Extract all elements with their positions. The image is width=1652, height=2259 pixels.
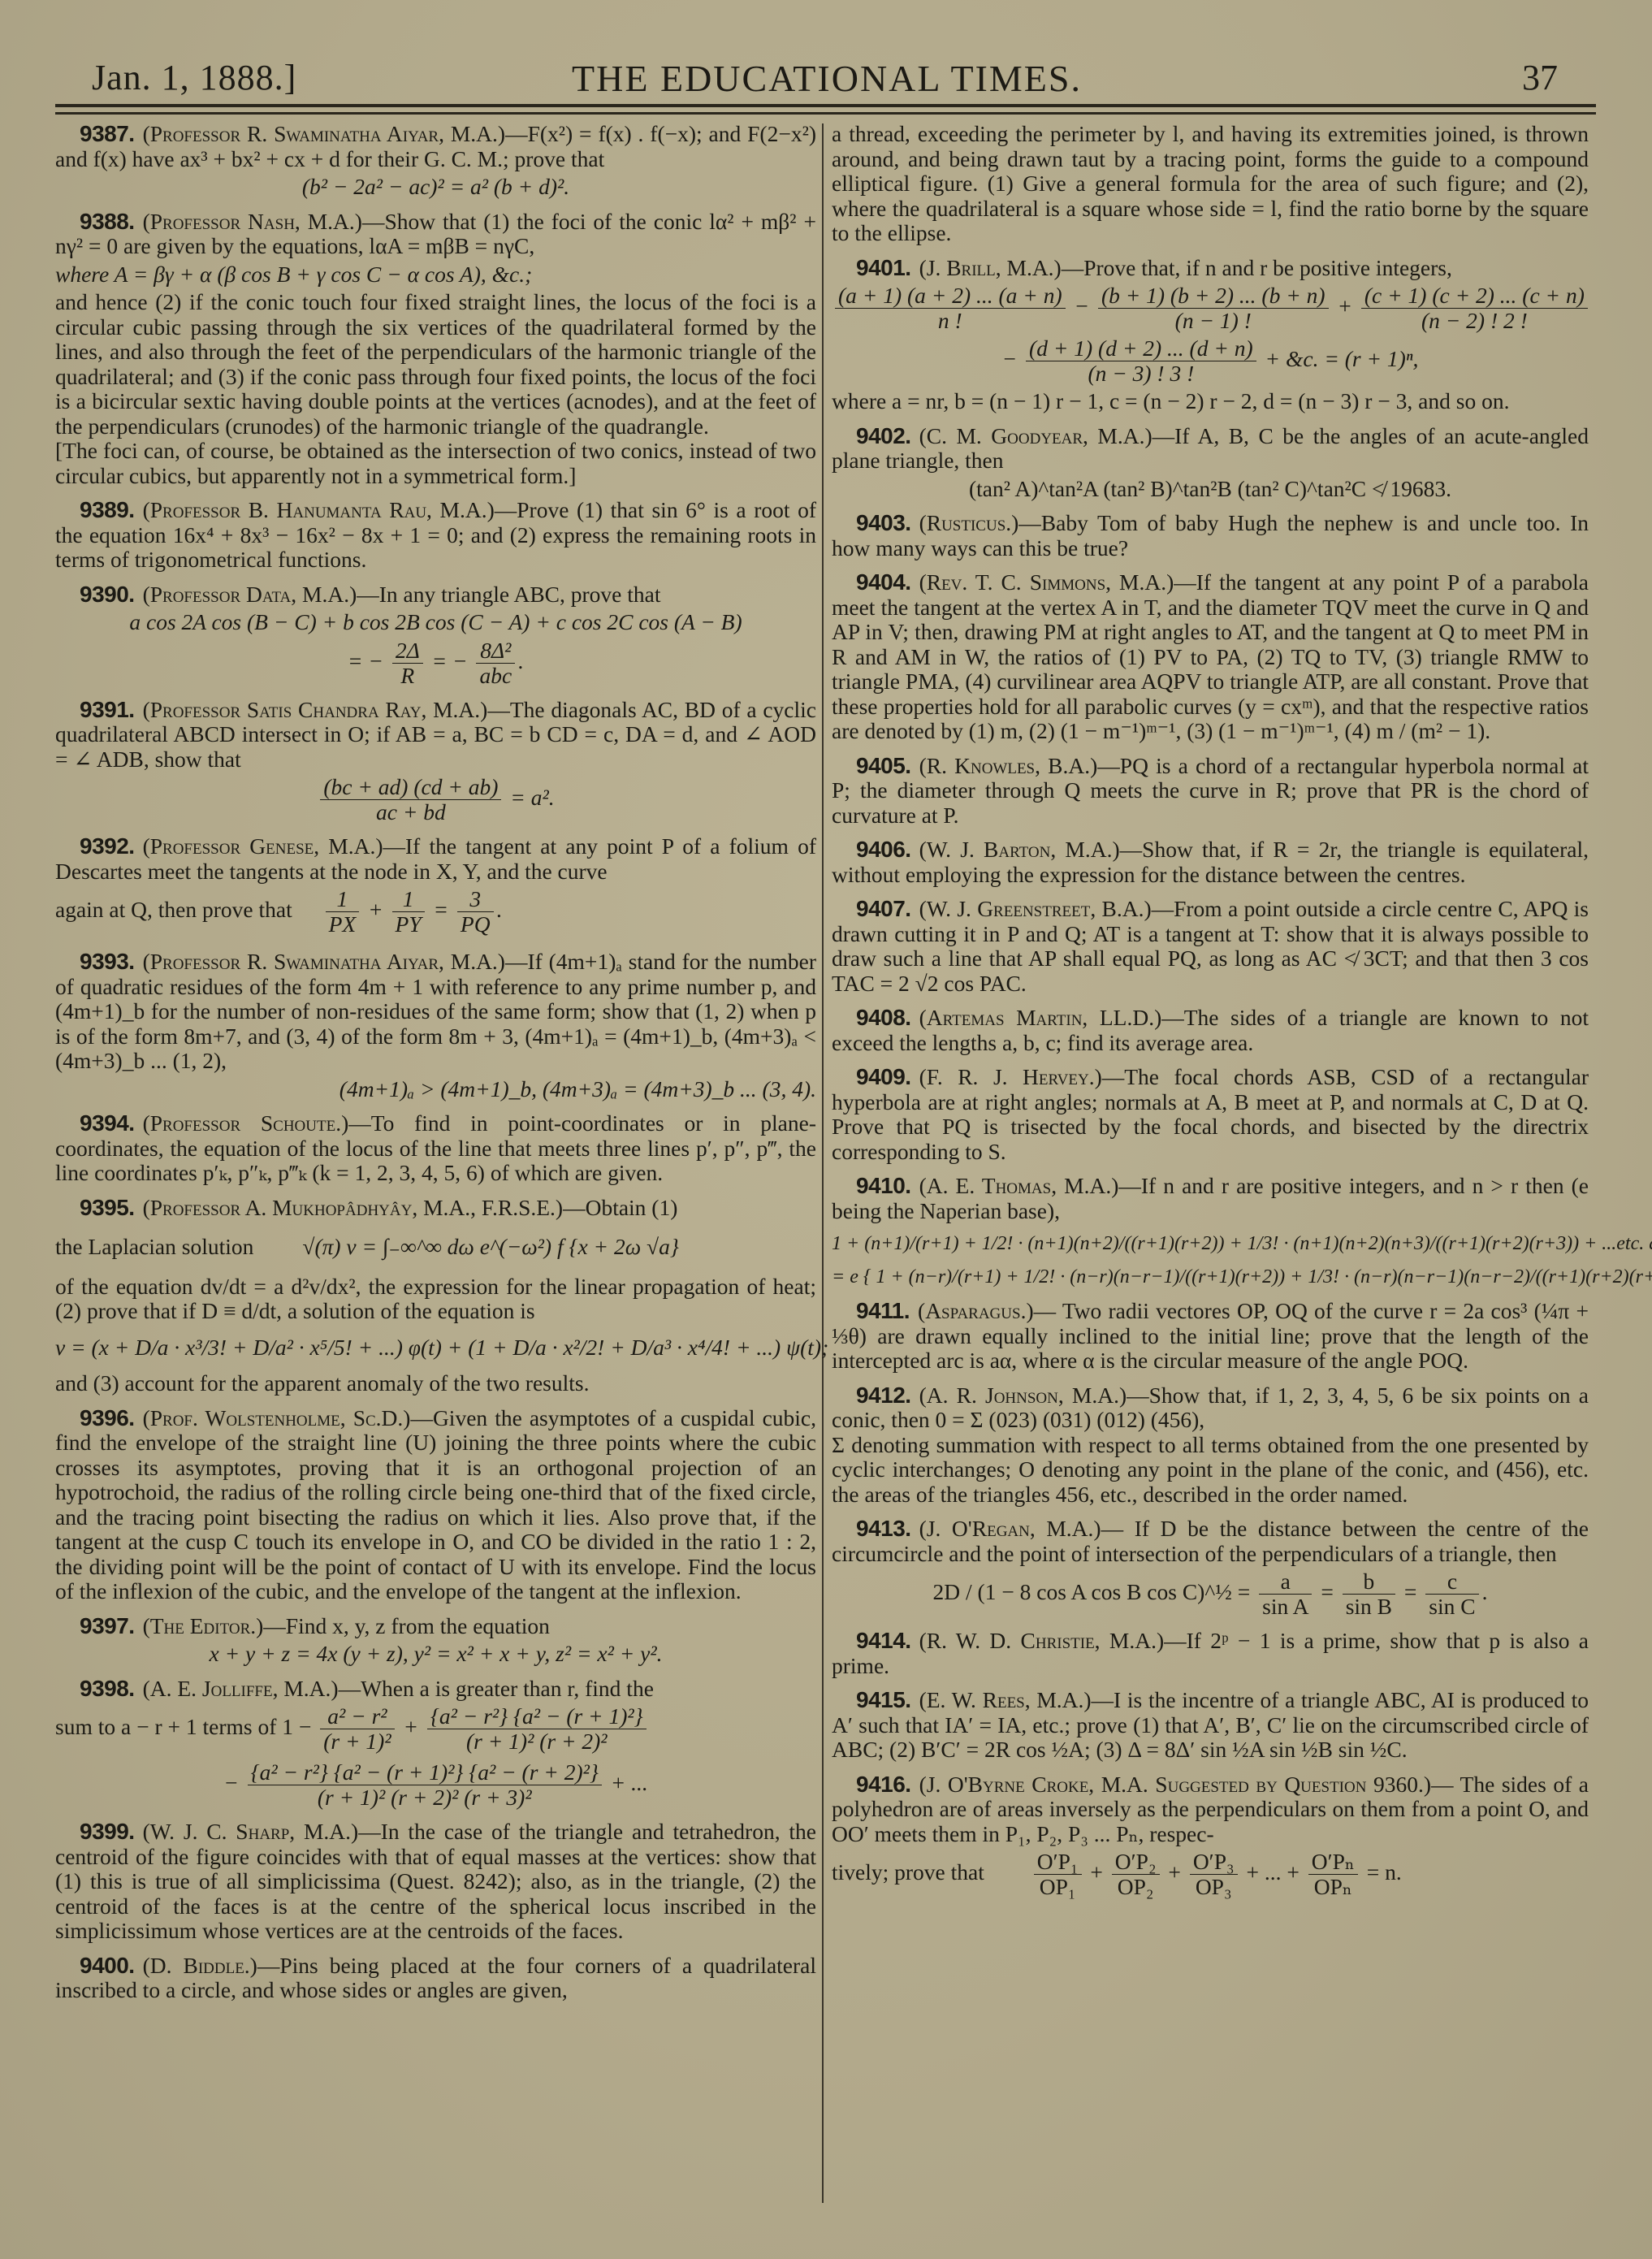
question-number: 9411. bbox=[856, 1298, 910, 1323]
numerator: 1 bbox=[326, 887, 360, 912]
question-9398: 9398.(A. E. Jolliffe, M.A.)—When a is gr… bbox=[55, 1677, 816, 1811]
question-author: (F. R. J. Hervey.) bbox=[919, 1064, 1102, 1089]
question-author: (J. O'Regan, M.A.) bbox=[919, 1516, 1101, 1541]
denominator: sin A bbox=[1259, 1595, 1312, 1619]
question-9405: 9405.(R. Knowles, B.A.)—PQ is a chord of… bbox=[832, 754, 1589, 829]
numerator: 1 bbox=[392, 887, 425, 912]
question-9399: 9399.(W. J. C. Sharp, M.A.)—In the case … bbox=[55, 1820, 816, 1944]
formula: − {a² − r²} {a² − (r + 1)²} {a² − (r + 2… bbox=[55, 1760, 816, 1810]
left-column: 9387.(Professor R. Swaminatha Aiyar, M.A… bbox=[55, 122, 816, 2013]
formula-op: = a². bbox=[510, 785, 554, 810]
fraction: (d + 1) (d + 2) ... (d + n)(n − 3) ! 3 ! bbox=[1026, 336, 1256, 386]
fraction: (bc + ad) (cd + ab)ac + bd bbox=[320, 775, 501, 824]
question-text-continued: Σ denoting summation with respect to all… bbox=[832, 1433, 1589, 1508]
numerator: (a + 1) (a + 2) ... (a + n) bbox=[835, 283, 1066, 309]
denominator: R bbox=[392, 664, 423, 688]
question-author: (Asparagus.) bbox=[918, 1298, 1034, 1323]
question-number: 9406. bbox=[856, 837, 911, 862]
formula-op: + &c. = (r + 1)ⁿ, bbox=[1265, 346, 1419, 371]
question-number: 9409. bbox=[856, 1064, 911, 1089]
question-number: 9404. bbox=[856, 569, 911, 595]
formula-op: + ... bbox=[611, 1770, 648, 1795]
denominator: ac + bd bbox=[320, 800, 501, 824]
formula: = e { 1 + (n−r)/(r+1) + 1/2! · (n−r)(n−r… bbox=[832, 1265, 1589, 1290]
page-header: Jan. 1, 1888.] THE EDUCATIONAL TIMES. 37 bbox=[55, 57, 1598, 106]
fraction: {a² − r²} {a² − (r + 1)²} {a² − (r + 2)²… bbox=[248, 1760, 602, 1810]
question-author: (Rev. T. C. Simmons, M.A.) bbox=[919, 569, 1174, 595]
question-author: (A. E. Thomas, M.A.) bbox=[919, 1173, 1119, 1198]
numerator: 3 bbox=[457, 887, 494, 912]
question-9414: 9414.(R. W. D. Christie, M.A.)—If 2ᵖ − 1… bbox=[832, 1629, 1589, 1678]
denominator: OP₁ bbox=[1034, 1875, 1082, 1899]
question-number: 9414. bbox=[856, 1628, 911, 1653]
question-9406: 9406.(W. J. Barton, M.A.)—Show that, if … bbox=[832, 837, 1589, 887]
fraction: O′P₁OP₁ bbox=[1034, 1850, 1082, 1899]
question-text: a thread, exceeding the perimeter by l, … bbox=[832, 122, 1589, 246]
question-number: 9399. bbox=[80, 1819, 135, 1844]
question-author: (A. R. Johnson, M.A.) bbox=[919, 1383, 1127, 1408]
denominator: n ! bbox=[835, 309, 1066, 333]
question-number: 9402. bbox=[856, 423, 911, 448]
question-author: (Professor R. Swaminatha Aiyar, M.A.) bbox=[143, 121, 506, 146]
numerator: (d + 1) (d + 2) ... (d + n) bbox=[1026, 336, 1256, 361]
question-author: (W. J. Barton, M.A.) bbox=[919, 837, 1120, 862]
numerator: b bbox=[1343, 1569, 1395, 1595]
fraction: 1PX bbox=[326, 887, 360, 937]
formula: √(π) v = ∫₋∞^∞ dω e^(−ω²) f {x + 2ω √a} bbox=[302, 1235, 678, 1260]
fraction: O′P₂OP₂ bbox=[1112, 1850, 1160, 1899]
denominator: (r + 1)² bbox=[320, 1729, 394, 1754]
question-9411: 9411.(Asparagus.)— Two radii vectores OP… bbox=[832, 1299, 1589, 1374]
header-rule-bottom bbox=[55, 112, 1596, 115]
formula: where A = βγ + α (β cos B + γ cos C − α … bbox=[55, 262, 816, 288]
question-author: (W. J. C. Sharp, M.A.) bbox=[143, 1819, 359, 1844]
question-number: 9397. bbox=[80, 1613, 135, 1638]
numerator: 2Δ bbox=[392, 638, 423, 664]
question-text: —If the tangent at any point P of a para… bbox=[832, 569, 1589, 743]
question-text-continued: sum to a − r + 1 terms of 1 − bbox=[55, 1714, 311, 1739]
question-text-continued: and (3) account for the apparent anomaly… bbox=[55, 1371, 816, 1396]
question-9407: 9407.(W. J. Greenstreet, B.A.)—From a po… bbox=[832, 897, 1589, 996]
formula: v = (x + D/a · x³/3! + D/a² · x⁵/5! + ..… bbox=[55, 1335, 816, 1361]
numerator: (c + 1) (c + 2) ... (c + n) bbox=[1361, 283, 1588, 309]
question-number: 9413. bbox=[856, 1516, 911, 1541]
question-author: (R. Knowles, B.A.) bbox=[919, 753, 1098, 778]
fraction: 1PY bbox=[392, 887, 425, 937]
numerator: {a² − r²} {a² − (r + 1)²} bbox=[427, 1704, 647, 1729]
question-text: —Given the asymptotes of a cuspidal cubi… bbox=[55, 1405, 816, 1604]
question-author: (Prof. Wolstenholme, Sc.D.) bbox=[143, 1405, 411, 1430]
question-author: (Professor Satis Chandra Ray, M.A.) bbox=[143, 697, 488, 722]
question-text: —Prove that, if n and r be positive inte… bbox=[1062, 255, 1452, 280]
question-text: —In any triangle ABC, prove that bbox=[357, 582, 660, 607]
question-9409: 9409.(F. R. J. Hervey.)—The focal chords… bbox=[832, 1065, 1589, 1164]
question-number: 9407. bbox=[856, 896, 911, 921]
question-author: (Rusticus.) bbox=[919, 510, 1019, 535]
numerator: (bc + ad) (cd + ab) bbox=[320, 775, 501, 800]
question-text-continued: again at Q, then prove that bbox=[55, 897, 292, 922]
question-text: —Find x, y, z from the equation bbox=[263, 1613, 550, 1638]
question-9408: 9408.(Artemas Martin, LL.D.)—The sides o… bbox=[832, 1006, 1589, 1055]
question-text-continued: the Laplacian solution bbox=[55, 1234, 253, 1259]
formula: 2D / (1 − 8 cos A cos B cos C)^½ = asin … bbox=[832, 1569, 1589, 1619]
question-9394: 9394.(Professor Schoute.)—To find in poi… bbox=[55, 1111, 816, 1186]
formula: − (d + 1) (d + 2) ... (d + n)(n − 3) ! 3… bbox=[832, 336, 1589, 386]
question-9395: 9395.(Professor A. Mukhopâdhyây, M.A., F… bbox=[55, 1196, 816, 1396]
question-9403: 9403.(Rusticus.)—Baby Tom of baby Hugh t… bbox=[832, 511, 1589, 560]
question-author: (Professor Nash, M.A.) bbox=[143, 209, 362, 234]
numerator: O′Pₙ bbox=[1308, 1850, 1358, 1875]
question-number: 9400. bbox=[80, 1953, 135, 1978]
column-divider bbox=[822, 123, 824, 2203]
question-number: 9387. bbox=[80, 121, 135, 146]
numerator: (b + 1) (b + 2) ... (b + n) bbox=[1098, 283, 1329, 309]
question-number: 9388. bbox=[80, 209, 135, 234]
question-number: 9398. bbox=[80, 1676, 135, 1701]
numerator: 8Δ² bbox=[476, 638, 515, 664]
question-9416: 9416.(J. O'Byrne Croke, M.A. Suggested b… bbox=[832, 1772, 1589, 1903]
numerator: a² − r² bbox=[320, 1704, 394, 1729]
question-author: (Professor B. Hanumanta Rau, M.A.) bbox=[143, 497, 495, 522]
question-9388: 9388.(Professor Nash, M.A.)—Show that (1… bbox=[55, 210, 816, 489]
fraction: (c + 1) (c + 2) ... (c + n)(n − 2) ! 2 ! bbox=[1361, 283, 1588, 333]
numerator: a bbox=[1259, 1569, 1312, 1595]
right-column: a thread, exceeding the perimeter by l, … bbox=[832, 122, 1589, 1912]
page-number: 37 bbox=[1522, 57, 1558, 98]
question-number: 9401. bbox=[856, 255, 911, 280]
denominator: sin B bbox=[1343, 1595, 1395, 1619]
question-author: (Professor Schoute.) bbox=[143, 1110, 349, 1136]
fraction: a² − r²(r + 1)² bbox=[320, 1704, 394, 1754]
question-number: 9389. bbox=[80, 497, 135, 522]
question-9391: 9391.(Professor Satis Chandra Ray, M.A.)… bbox=[55, 698, 816, 825]
question-text-continued: of the equation dv/dt = a d²v/dx², the e… bbox=[55, 1274, 816, 1324]
numerator: c bbox=[1425, 1569, 1478, 1595]
question-number: 9396. bbox=[80, 1405, 135, 1430]
formula: (tan² A)^tan²A (tan² B)^tan²B (tan² C)^t… bbox=[832, 477, 1589, 502]
denominator: (r + 1)² (r + 2)² (r + 3)² bbox=[248, 1785, 602, 1810]
denominator: sin C bbox=[1425, 1595, 1478, 1619]
question-number: 9412. bbox=[856, 1383, 911, 1408]
question-author: (J. O'Byrne Croke, M.A. Suggested by Que… bbox=[919, 1772, 1431, 1797]
question-author: (Artemas Martin, LL.D.) bbox=[919, 1005, 1162, 1030]
formula: (4m+1)ₐ > (4m+1)_b, (4m+3)ₐ = (4m+3)_b .… bbox=[55, 1077, 816, 1102]
denominator: (n − 1) ! bbox=[1098, 309, 1329, 333]
question-9389: 9389.(Professor B. Hanumanta Rau, M.A.)—… bbox=[55, 498, 816, 573]
fraction: csin C bbox=[1425, 1569, 1478, 1619]
fraction: 2ΔR bbox=[392, 638, 423, 688]
fraction: (a + 1) (a + 2) ... (a + n)n ! bbox=[835, 283, 1066, 333]
denominator: PY bbox=[392, 912, 425, 937]
denominator: OPₙ bbox=[1308, 1875, 1358, 1899]
question-number: 9391. bbox=[80, 697, 135, 722]
formula-op: = − bbox=[432, 647, 468, 673]
formula: x + y + z = 4x (y + z), y² = x² + x + y,… bbox=[55, 1642, 816, 1667]
question-author: (C. M. Goodyear, M.A.) bbox=[919, 423, 1153, 448]
question-author: (R. W. D. Christie, M.A.) bbox=[919, 1628, 1165, 1653]
formula-op: = n. bbox=[1367, 1859, 1402, 1885]
denominator: (r + 1)² (r + 2)² bbox=[427, 1729, 647, 1754]
question-9415: 9415.(E. W. Rees, M.A.)—I is the incentr… bbox=[832, 1688, 1589, 1763]
formula: 1 + (n+1)/(r+1) + 1/2! · (n+1)(n+2)/((r+… bbox=[832, 1231, 1589, 1257]
fraction: bsin B bbox=[1343, 1569, 1395, 1619]
formula: (a + 1) (a + 2) ... (a + n)n ! − (b + 1)… bbox=[832, 283, 1589, 333]
question-author: (D. Biddle.) bbox=[143, 1953, 257, 1978]
question-number: 9395. bbox=[80, 1195, 135, 1220]
question-author: (W. J. Greenstreet, B.A.) bbox=[919, 896, 1152, 921]
question-9390: 9390.(Professor Data, M.A.)—In any trian… bbox=[55, 582, 816, 688]
question-author: (J. Brill, M.A.) bbox=[919, 255, 1062, 280]
question-9396: 9396.(Prof. Wolstenholme, Sc.D.)—Given t… bbox=[55, 1406, 816, 1604]
numerator: O′P₂ bbox=[1112, 1850, 1160, 1875]
denominator: PQ bbox=[457, 912, 494, 937]
formula-result: = − 2ΔR = − 8Δ²abc. bbox=[55, 638, 816, 688]
editorial-note: [The foci can, of course, be obtained as… bbox=[55, 439, 816, 488]
denominator: OP₃ bbox=[1190, 1875, 1238, 1899]
question-text: —Obtain (1) bbox=[563, 1195, 677, 1220]
question-9413: 9413.(J. O'Regan, M.A.)— If D be the dis… bbox=[832, 1517, 1589, 1619]
question-9400: 9400.(D. Biddle.)—Pins being placed at t… bbox=[55, 1954, 816, 2003]
question-9401: 9401.(J. Brill, M.A.)—Prove that, if n a… bbox=[832, 256, 1589, 414]
question-number: 9392. bbox=[80, 833, 135, 859]
fraction: 8Δ²abc bbox=[476, 638, 515, 688]
formula-op: . bbox=[518, 647, 524, 673]
numerator: O′P₁ bbox=[1034, 1850, 1082, 1875]
denominator: (n − 3) ! 3 ! bbox=[1026, 361, 1256, 386]
fraction: O′PₙOPₙ bbox=[1308, 1850, 1358, 1899]
denominator: OP₂ bbox=[1112, 1875, 1160, 1899]
question-9387: 9387.(Professor R. Swaminatha Aiyar, M.A… bbox=[55, 122, 816, 200]
formula: (bc + ad) (cd + ab)ac + bd = a². bbox=[55, 775, 816, 824]
question-text-continued: tively; prove that bbox=[832, 1859, 984, 1885]
formula-op: 2D / (1 − 8 cos A cos B cos C)^½ = bbox=[933, 1579, 1251, 1604]
question-9400-continued: a thread, exceeding the perimeter by l, … bbox=[832, 122, 1589, 246]
question-text-continued: where a = nr, b = (n − 1) r − 1, c = (n … bbox=[832, 389, 1589, 414]
question-9402: 9402.(C. M. Goodyear, M.A.)—If A, B, C b… bbox=[832, 424, 1589, 502]
numerator: {a² − r²} {a² − (r + 1)²} {a² − (r + 2)²… bbox=[248, 1760, 602, 1785]
question-number: 9405. bbox=[856, 753, 911, 778]
denominator: abc bbox=[476, 664, 515, 688]
formula: a cos 2A cos (B − C) + b cos 2B cos (C −… bbox=[55, 610, 816, 635]
question-author: (Professor A. Mukhopâdhyây, M.A., F.R.S.… bbox=[143, 1195, 564, 1220]
question-number: 9416. bbox=[856, 1772, 911, 1797]
fraction: {a² − r²} {a² − (r + 1)²}(r + 1)² (r + 2… bbox=[427, 1704, 647, 1754]
fraction: (b + 1) (b + 2) ... (b + n)(n − 1) ! bbox=[1098, 283, 1329, 333]
numerator: O′P₃ bbox=[1190, 1850, 1238, 1875]
header-rule-top bbox=[55, 104, 1596, 107]
question-author: (Professor Data, M.A.) bbox=[143, 582, 357, 607]
denominator: PX bbox=[326, 912, 360, 937]
question-number: 9393. bbox=[80, 949, 135, 974]
question-9412: 9412.(A. R. Johnson, M.A.)—Show that, if… bbox=[832, 1383, 1589, 1508]
fraction: O′P₃OP₃ bbox=[1190, 1850, 1238, 1899]
question-number: 9408. bbox=[856, 1005, 911, 1030]
question-number: 9390. bbox=[80, 582, 135, 607]
question-9404: 9404.(Rev. T. C. Simmons, M.A.)—If the t… bbox=[832, 570, 1589, 744]
question-number: 9415. bbox=[856, 1687, 911, 1712]
question-author: (Professor R. Swaminatha Aiyar, M.A.) bbox=[143, 949, 505, 974]
question-author: (A. E. Jolliffe, M.A.) bbox=[143, 1676, 339, 1701]
question-author: (Professor Genese, M.A.) bbox=[143, 833, 383, 859]
publication-title: THE EDUCATIONAL TIMES. bbox=[55, 57, 1598, 100]
question-number: 9394. bbox=[80, 1110, 135, 1136]
formula: (b² − 2a² − ac)² = a² (b + d)². bbox=[55, 175, 816, 200]
question-number: 9410. bbox=[856, 1173, 911, 1198]
fraction: asin A bbox=[1259, 1569, 1312, 1619]
formula-op: = − bbox=[348, 647, 383, 673]
question-author: (E. W. Rees, M.A.) bbox=[919, 1687, 1092, 1712]
question-9393: 9393.(Professor R. Swaminatha Aiyar, M.A… bbox=[55, 950, 816, 1101]
question-9397: 9397.(The Editor.)—Find x, y, z from the… bbox=[55, 1614, 816, 1667]
fraction: 3PQ bbox=[457, 887, 494, 937]
question-9410: 9410.(A. E. Thomas, M.A.)—If n and r are… bbox=[832, 1174, 1589, 1289]
question-text-continued: and hence (2) if the conic touch four fi… bbox=[55, 290, 816, 439]
denominator: (n − 2) ! 2 ! bbox=[1361, 309, 1588, 333]
question-text: —When a is greater than r, find the bbox=[339, 1676, 654, 1701]
newspaper-page: Jan. 1, 1888.] THE EDUCATIONAL TIMES. 37… bbox=[0, 0, 1652, 2259]
question-9392: 9392.(Professor Genese, M.A.)—If the tan… bbox=[55, 834, 816, 940]
question-number: 9403. bbox=[856, 510, 911, 535]
question-author: (The Editor.) bbox=[143, 1613, 264, 1638]
